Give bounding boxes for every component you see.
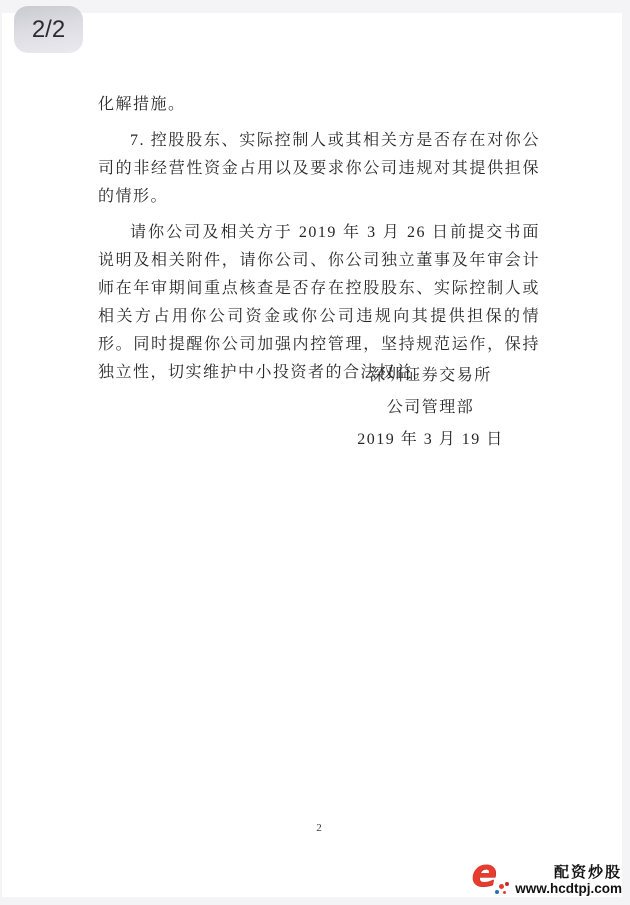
page-number: 2 <box>2 822 622 834</box>
paragraph-item-7: 7. 控股股东、实际控制人或其相关方是否存在对你公司的非经营性资金占用以及要求你… <box>98 127 540 211</box>
page-indicator-badge: 2/2 <box>14 6 83 53</box>
paragraph-carryover: 化解措施。 <box>98 91 540 119</box>
signature-date: 2019 年 3 月 19 日 <box>328 424 533 456</box>
document-page: 2/2 化解措施。 7. 控股股东、实际控制人或其相关方是否存在对你公司的非经营… <box>2 13 622 897</box>
page-indicator-label: 2/2 <box>32 16 65 44</box>
site-watermark: e 配资炒股 www.hcdtpj.com <box>471 862 622 896</box>
watermark-text-block: 配资炒股 www.hcdtpj.com <box>515 865 622 896</box>
signature-department: 公司管理部 <box>328 392 533 424</box>
logo-dot <box>499 884 504 889</box>
logo-dot <box>505 882 509 886</box>
watermark-site-url: www.hcdtpj.com <box>515 882 622 896</box>
site-logo-icon: e <box>471 862 511 896</box>
signature-block: 深圳证券交易所 公司管理部 2019 年 3 月 19 日 <box>328 360 533 456</box>
signature-organization: 深圳证券交易所 <box>328 360 533 392</box>
logo-dot <box>503 891 506 894</box>
document-body: 化解措施。 7. 控股股东、实际控制人或其相关方是否存在对你公司的非经营性资金占… <box>98 91 540 395</box>
logo-letter-e: e <box>471 854 497 892</box>
article-image: 2/2 化解措施。 7. 控股股东、实际控制人或其相关方是否存在对你公司的非经营… <box>0 0 630 905</box>
watermark-site-name: 配资炒股 <box>554 865 622 881</box>
logo-dot <box>495 890 499 894</box>
